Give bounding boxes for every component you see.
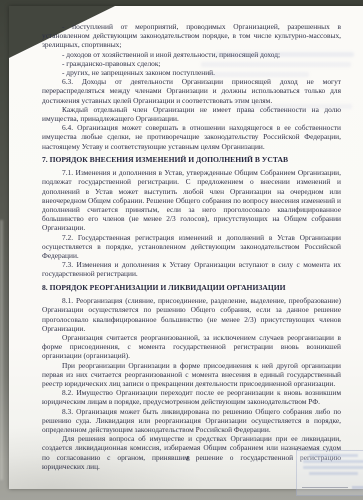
paragraph-7-2: 7.2. Государственная регистрация изменен…	[42, 233, 341, 261]
document-text: - поступлений от мероприятий, проводимых…	[42, 22, 341, 471]
page-number: 8	[183, 455, 193, 463]
stamp-text-line	[309, 472, 358, 475]
paragraph-8-3: 8.3. Организация может быть ликвидирован…	[42, 407, 341, 435]
bleedthrough-text-line	[214, 52, 354, 57]
stamp-text-line	[303, 460, 363, 463]
paragraph-8-2: 8.2. Имущество Организации переходит пос…	[42, 388, 341, 406]
paragraph-7-3: 7.3. Изменения и дополнения к Уставу Орг…	[42, 260, 341, 278]
bleedthrough-text-line	[237, 104, 352, 109]
bleedthrough-text-line	[209, 72, 309, 77]
stamp-text-line	[303, 466, 363, 469]
stamp-signature-dots	[352, 486, 363, 489]
stamp-text-line	[309, 454, 358, 457]
paragraph-8-1: 8.1. Реорганизация (слияние, присоединен…	[42, 296, 341, 333]
bleedthrough-stamp	[296, 450, 363, 496]
scan-edge-highlight	[0, 220, 3, 480]
paragraph-merger: При реорганизации Организации в форме пр…	[42, 361, 341, 389]
document-page: - поступлений от мероприятий, проводимых…	[9, 6, 363, 489]
list-item-receipts-events: - поступлений от мероприятий, проводимых…	[42, 22, 341, 50]
paragraph-reorganized: Организация считается реорганизованной, …	[42, 333, 341, 361]
scanned-page: - поступлений от мероприятий, проводимых…	[0, 0, 363, 500]
bleedthrough-text-line	[201, 62, 351, 67]
paragraph-6-3: 6.3. Доходы от деятельности Организации …	[42, 77, 341, 105]
paragraph-6-4: 6.4. Организация может совершать в отнош…	[42, 123, 341, 151]
section-7-heading: 7. ПОРЯДОК ВНЕСЕНИЯ ИЗМЕНЕНИЙ И ДОПОЛНЕН…	[42, 155, 341, 164]
stamp-signature-line	[302, 487, 348, 488]
section-8-heading: 8. ПОРЯДОК РЕОРГАНИЗАЦИИ И ЛИКВИДАЦИИ ОР…	[42, 283, 341, 292]
paragraph-7-1: 7.1. Изменения и дополнения в Устав, утв…	[42, 168, 341, 232]
